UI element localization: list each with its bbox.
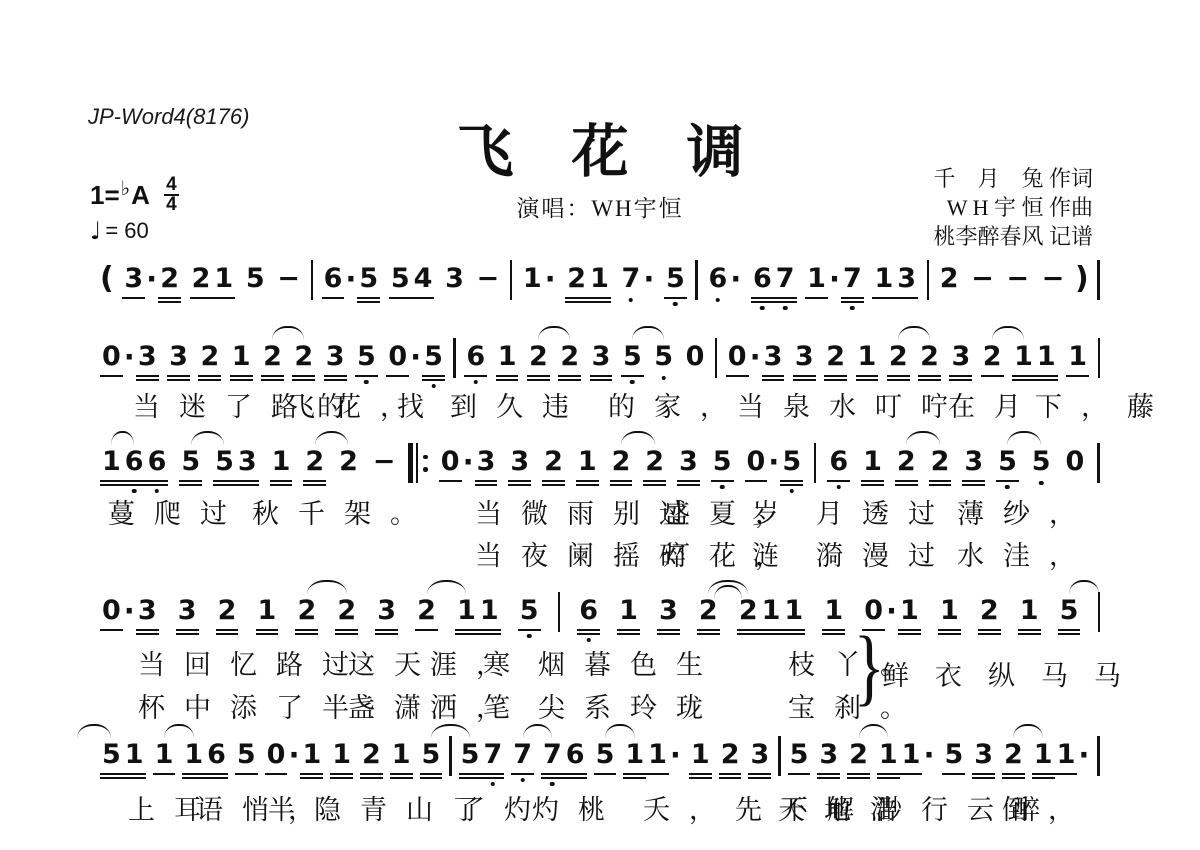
duration-underline xyxy=(588,301,611,303)
beat-group: 67 xyxy=(751,264,797,294)
note: 1 xyxy=(100,447,123,477)
note: 1 xyxy=(805,264,828,294)
beat-group: 7· xyxy=(620,264,656,294)
note-digit: 5 xyxy=(520,595,539,626)
duration-underline xyxy=(872,297,895,299)
note-digit: 3 xyxy=(124,263,143,294)
augmentation-dot: · xyxy=(463,447,474,477)
duration-underline xyxy=(213,484,236,486)
duration-underline xyxy=(146,480,169,482)
note-digit: 1 xyxy=(858,341,877,372)
beat-group: − xyxy=(1004,264,1031,294)
note: 2 xyxy=(190,264,213,294)
beat-group: 2 xyxy=(719,740,742,770)
note: 3 xyxy=(677,447,700,477)
note: 2 xyxy=(542,447,565,477)
slur-arc xyxy=(898,326,929,340)
note-digit: 1 xyxy=(863,446,882,477)
note-digit: 5 xyxy=(1032,446,1051,477)
beat-group: 2 xyxy=(895,447,918,477)
note: 3 xyxy=(793,342,816,372)
duration-underline xyxy=(737,633,760,635)
beat-group: 54 xyxy=(389,264,435,294)
lyric-segment: 水洼， xyxy=(957,534,1095,573)
low-octave-dot xyxy=(630,380,635,385)
duration-underline xyxy=(335,633,358,635)
beat-group: 6 xyxy=(464,342,487,372)
beat-group: 2 xyxy=(295,596,318,626)
note: 5 xyxy=(788,740,811,770)
note-digit: 1 xyxy=(1068,341,1087,372)
note-digit: 3 xyxy=(326,341,345,372)
duration-underline xyxy=(751,301,774,303)
note-digit: 1 xyxy=(184,739,203,770)
barline xyxy=(1097,443,1099,483)
note: 2 xyxy=(895,447,918,477)
note-digit: 3 xyxy=(964,446,983,477)
duration-underline xyxy=(996,480,1019,482)
note: 1 xyxy=(822,596,845,626)
duration-underline xyxy=(541,777,564,779)
note: 2 xyxy=(929,447,952,477)
augmentation-dot: · xyxy=(1078,740,1089,770)
note: 1 xyxy=(270,447,293,477)
augmentation-dot: · xyxy=(923,740,934,770)
note: 5 xyxy=(518,596,541,626)
duration-underline xyxy=(100,773,123,775)
note: 2 xyxy=(303,447,326,477)
note-digit: 0 xyxy=(102,341,121,372)
note: 3 xyxy=(167,342,190,372)
note-digit: 5 xyxy=(944,739,963,770)
duration-underline xyxy=(216,633,239,635)
beat-group: 3 xyxy=(793,342,816,372)
duration-underline xyxy=(841,297,864,299)
beat-group: 0·1 xyxy=(265,740,324,770)
beat-group: 0·3 xyxy=(100,596,159,626)
beat-group: 5 xyxy=(1030,447,1053,477)
note-digit: 6 xyxy=(207,739,226,770)
beat-group: 3·2 xyxy=(122,264,181,294)
beat-group: 3 xyxy=(375,596,398,626)
note: 6 xyxy=(464,342,487,372)
duration-underline xyxy=(439,480,462,482)
lyric-segment: 倒， xyxy=(1002,788,1094,827)
beat-group: 2 xyxy=(610,447,633,477)
note-digit: 1 xyxy=(392,739,411,770)
duration-underline xyxy=(357,301,380,303)
duration-underline xyxy=(375,629,398,631)
note-digit: 3 xyxy=(951,341,970,372)
note-digit: 0 xyxy=(267,739,286,770)
lyric-segment: 到久违 xyxy=(450,385,588,424)
beat-group: 21 xyxy=(565,264,611,294)
note-digit: 1 xyxy=(1034,739,1053,770)
note: 7 xyxy=(620,264,643,294)
duration-underline xyxy=(100,480,123,482)
duration-underline xyxy=(793,379,816,381)
note-digit: 6 xyxy=(579,595,598,626)
duration-underline xyxy=(565,301,588,303)
rest-note: 0 xyxy=(386,342,409,372)
note-digit: 1 xyxy=(258,595,277,626)
note: 2 xyxy=(643,447,666,477)
note: 5 xyxy=(459,740,482,770)
duration-underline xyxy=(355,375,378,377)
note-digit: 3 xyxy=(138,341,157,372)
low-octave-dot xyxy=(720,485,725,490)
duration-underline xyxy=(1035,379,1058,381)
lyric-segment: 涟 xyxy=(752,534,798,573)
note-digit: 0 xyxy=(441,446,460,477)
duration-underline xyxy=(1002,777,1025,779)
duration-underline xyxy=(748,777,771,779)
note: 3 xyxy=(122,264,145,294)
lyric-segment: 在月 xyxy=(948,385,1040,424)
note-digit: 3 xyxy=(238,446,257,477)
duration-underline xyxy=(508,480,531,482)
note-digit: 6 xyxy=(148,446,167,477)
note: 7 xyxy=(481,740,504,770)
beat-group: 3 xyxy=(657,596,680,626)
duration-underline xyxy=(817,773,840,775)
note: 6 xyxy=(123,447,146,477)
note-digit: 3 xyxy=(510,446,529,477)
note: 5 xyxy=(355,342,378,372)
note-digit: 2 xyxy=(739,595,758,626)
beat-group: 2 xyxy=(216,596,239,626)
barline xyxy=(558,592,560,632)
note: 2 xyxy=(737,596,760,626)
beat-group: 76 xyxy=(541,740,587,770)
note: 1 xyxy=(330,740,353,770)
duration-underline xyxy=(737,629,760,631)
note-digit: 1 xyxy=(691,739,710,770)
duration-underline xyxy=(335,629,358,631)
duration-underline xyxy=(610,484,633,486)
note-digit: 2 xyxy=(263,341,282,372)
duration-underline xyxy=(322,297,345,299)
note: 1 xyxy=(256,596,279,626)
duration-underline xyxy=(824,379,847,381)
note-digit: 3 xyxy=(795,341,814,372)
note: 3 xyxy=(657,596,680,626)
duration-underline xyxy=(265,773,288,775)
duration-underline xyxy=(541,773,564,775)
note-digit: 2 xyxy=(983,341,1002,372)
duration-underline xyxy=(375,633,398,635)
low-octave-dot xyxy=(716,298,721,303)
lyric-segment: 杯中添了半 xyxy=(138,686,368,725)
note-digit: 1 xyxy=(232,341,251,372)
duration-underline xyxy=(621,375,644,377)
duration-underline xyxy=(511,773,534,775)
note: 1 xyxy=(646,740,669,770)
note-digit: 5 xyxy=(215,446,234,477)
note: 5 xyxy=(1058,596,1081,626)
note-digit: 1 xyxy=(590,263,609,294)
note: 1 xyxy=(623,740,646,770)
beat-group: 1·7 xyxy=(805,264,864,294)
beat-group: 5 xyxy=(1058,596,1081,626)
beat-group: 2 xyxy=(697,596,720,626)
duration-underline xyxy=(123,480,146,482)
beat-group: 5 xyxy=(244,264,267,294)
duration-underline xyxy=(929,480,952,482)
note-digit: 5 xyxy=(790,739,809,770)
augmentation-dot: · xyxy=(345,264,356,294)
note: 2 xyxy=(918,342,941,372)
duration-underline xyxy=(292,375,315,377)
note-digit: 1 xyxy=(762,595,781,626)
note: 1 xyxy=(1035,342,1058,372)
duration-underline xyxy=(1002,773,1025,775)
note-digit: 1 xyxy=(874,263,893,294)
beat-group: 1 xyxy=(856,342,879,372)
note-digit: 5 xyxy=(422,739,441,770)
note-digit: − xyxy=(277,263,300,294)
duration-underline xyxy=(158,297,181,299)
duration-underline xyxy=(324,379,347,381)
augmentation-dot: · xyxy=(146,264,157,294)
note: 5 xyxy=(594,740,617,770)
note-digit: 6 xyxy=(125,446,144,477)
slur-arc xyxy=(621,431,655,445)
lyric-segment: 月透过 xyxy=(816,492,954,531)
duration-underline xyxy=(822,633,845,635)
note-digit: 1 xyxy=(480,595,499,626)
note: 3 xyxy=(443,264,466,294)
duration-underline xyxy=(205,773,228,775)
note-digit: 5 xyxy=(359,263,378,294)
beat-group: 3 xyxy=(748,740,771,770)
duration-underline xyxy=(542,480,565,482)
note: 1 xyxy=(588,264,611,294)
duration-underline xyxy=(136,629,159,631)
duration-underline xyxy=(1055,773,1078,775)
duration-underline xyxy=(182,777,205,779)
beat-group: 2 xyxy=(198,342,221,372)
beat-group: 0·5 xyxy=(386,342,445,372)
duration-underline xyxy=(877,777,900,779)
duration-underline xyxy=(136,633,159,635)
note-digit: 3 xyxy=(377,595,396,626)
augmentation-dot: · xyxy=(730,264,741,294)
duration-underline xyxy=(261,379,284,381)
note: 1 xyxy=(182,740,205,770)
augmentation-dot: · xyxy=(750,342,761,372)
barline xyxy=(814,443,816,483)
note-digit: 3 xyxy=(764,341,783,372)
duration-underline xyxy=(887,379,910,381)
repeat-dot xyxy=(423,467,428,472)
duration-underline xyxy=(564,777,587,779)
barline xyxy=(695,260,697,300)
beat-group: 1 xyxy=(861,447,884,477)
beat-group: 3 xyxy=(167,342,190,372)
beat-group: 3 xyxy=(817,740,840,770)
duration-underline xyxy=(261,375,284,377)
beat-group: 0·3 xyxy=(100,342,159,372)
note-digit: 3 xyxy=(138,595,157,626)
beat-group: 211 xyxy=(737,596,805,626)
duration-underline xyxy=(590,375,613,377)
beat-group: 2 xyxy=(1002,740,1025,770)
note: 2 xyxy=(558,342,581,372)
note: 6 xyxy=(751,264,774,294)
note: 3 xyxy=(962,447,985,477)
note: 1 xyxy=(1012,342,1035,372)
note: 3 xyxy=(176,596,199,626)
duration-underline xyxy=(295,629,318,631)
slur-arc xyxy=(111,431,134,445)
beat-group: 5 xyxy=(179,447,202,477)
score-line: (3·2215−6·5543−1·217·56·671·7132−−−) xyxy=(100,264,1100,300)
lyric-segment: 蔓爬过 xyxy=(108,492,246,531)
barline xyxy=(449,736,451,776)
note-digit: 2 xyxy=(721,739,740,770)
duration-underline xyxy=(657,629,680,631)
duration-underline xyxy=(182,773,205,775)
note-digit: 5 xyxy=(1060,595,1079,626)
beat-group: 5 xyxy=(355,342,378,372)
note-digit: 1 xyxy=(1020,595,1039,626)
duration-underline xyxy=(726,375,749,377)
rest-note: 0 xyxy=(745,447,768,477)
duration-underline xyxy=(508,484,531,486)
note: 2 xyxy=(697,596,720,626)
note: 2 xyxy=(1002,740,1025,770)
low-octave-dot xyxy=(760,306,765,311)
beat-group: 2 xyxy=(542,447,565,477)
duration-underline xyxy=(847,773,870,775)
lyric-segment: 尖系玲珑 xyxy=(538,686,722,725)
duration-underline xyxy=(898,633,921,635)
note: 3 xyxy=(949,342,972,372)
duration-underline xyxy=(455,629,478,631)
duration-underline xyxy=(1058,629,1081,631)
note: 5 xyxy=(664,264,687,294)
duration-underline xyxy=(455,633,478,635)
note: 7 xyxy=(541,740,564,770)
beat-group: 6 xyxy=(827,447,850,477)
duration-underline xyxy=(918,379,941,381)
beat-group: 6· xyxy=(706,264,742,294)
note-digit: 2 xyxy=(305,446,324,477)
lyric-segment: 当回忆路过 xyxy=(138,643,368,682)
duration-underline xyxy=(887,375,910,377)
note-digit: 5 xyxy=(357,341,376,372)
note-digit: 3 xyxy=(679,446,698,477)
note: 3 xyxy=(817,740,840,770)
dash-extender: − xyxy=(275,264,302,294)
note-digit: 2 xyxy=(920,341,939,372)
duration-underline xyxy=(827,480,850,482)
duration-underline xyxy=(617,633,640,635)
note-digit: 2 xyxy=(980,595,999,626)
duration-underline xyxy=(760,629,783,631)
duration-underline xyxy=(782,633,805,635)
merge-lyric: 鲜衣纵马马 xyxy=(882,654,1147,693)
beat-group: 1 xyxy=(256,596,279,626)
note-digit: 0 xyxy=(686,341,705,372)
note-digit: 5 xyxy=(181,446,200,477)
barline xyxy=(715,338,717,378)
duration-underline xyxy=(590,379,613,381)
note-digit: 1 xyxy=(332,739,351,770)
duration-underline xyxy=(300,773,323,775)
note-digit: 2 xyxy=(339,446,358,477)
note: 5 xyxy=(780,447,803,477)
note: 2 xyxy=(565,264,588,294)
duration-underline xyxy=(558,379,581,381)
note-row: (3·2215−6·5543−1·217·56·671·7132−−−) xyxy=(100,264,1100,300)
low-octave-dot xyxy=(364,380,369,385)
lyric-segment: 薄纱， xyxy=(957,492,1095,531)
duration-underline xyxy=(478,633,501,635)
beat-group: 3 xyxy=(176,596,199,626)
beat-group: 0 xyxy=(1064,447,1087,477)
note: 5 xyxy=(422,342,445,372)
note: 1 xyxy=(521,264,544,294)
duration-underline xyxy=(464,375,487,377)
beat-group: 2 xyxy=(824,342,847,372)
duration-underline xyxy=(780,480,803,482)
note: 6 xyxy=(827,447,850,477)
slur-arc xyxy=(992,326,1023,340)
repeat-dots xyxy=(423,443,428,483)
note: 1 xyxy=(496,342,519,372)
duration-underline xyxy=(198,379,221,381)
beat-group: 2 xyxy=(261,342,284,372)
note-digit: 2 xyxy=(849,739,868,770)
duration-underline xyxy=(330,777,353,779)
note-digit: 5 xyxy=(713,446,732,477)
note: 1 xyxy=(877,740,900,770)
note-digit: 0 xyxy=(1066,446,1085,477)
note: 5 xyxy=(389,264,412,294)
duration-underline xyxy=(657,633,680,635)
note: 6 xyxy=(577,596,600,626)
beat-group: 6·5 xyxy=(322,264,381,294)
rest-note: 0 xyxy=(100,342,123,372)
duration-underline xyxy=(1035,375,1058,377)
note-digit: 6 xyxy=(753,263,772,294)
note-digit: 4 xyxy=(414,263,433,294)
repeat-thin-bar xyxy=(416,443,418,483)
duration-underline xyxy=(978,633,1001,635)
beat-group: 13 xyxy=(872,264,918,294)
note-digit: 2 xyxy=(560,341,579,372)
rest-note: 0 xyxy=(265,740,288,770)
duration-underline xyxy=(123,484,146,486)
beat-group: 5 xyxy=(942,740,965,770)
duration-underline xyxy=(1032,773,1055,775)
note: 7 xyxy=(511,740,534,770)
augmentation-dot: · xyxy=(288,740,299,770)
score-line: 0·33212232115613221110·11215当回忆路过这天涯，寒烟暮… xyxy=(100,596,1100,632)
beat-group: 5 xyxy=(788,740,811,770)
beat-group: 5 xyxy=(996,447,1019,477)
slur-arc xyxy=(1007,431,1041,445)
duration-underline xyxy=(711,480,734,482)
beat-group: 2 xyxy=(978,596,1001,626)
note-digit: 2 xyxy=(567,263,586,294)
duration-underline xyxy=(303,484,326,486)
note: 2 xyxy=(610,447,633,477)
note: 5 xyxy=(420,740,443,770)
augmentation-dot: · xyxy=(545,264,556,294)
